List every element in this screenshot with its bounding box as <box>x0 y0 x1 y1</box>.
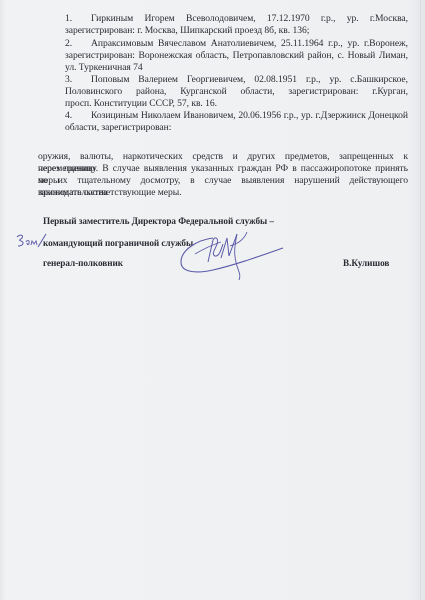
signatory-name: В.Кулишов <box>343 257 389 269</box>
person-4-line-2: области, зарегистрирован: <box>65 122 171 134</box>
signatory-title-line-2: командующий пограничной службы <box>43 237 193 249</box>
person-2-line-3: ул. Туркеничная 74 <box>65 62 143 74</box>
person-3-line-2: Половинского района, Курганской области,… <box>65 86 408 98</box>
handwritten-note-icon <box>14 232 48 250</box>
person-1-line-1: 1.Гиркиным Игорем Всеволодовичем, 17.12.… <box>65 13 408 25</box>
scanned-page: 1.Гиркиным Игорем Всеволодовичем, 17.12.… <box>0 0 425 600</box>
paragraph-line-4: принимать соответствующие меры. <box>38 187 182 199</box>
person-2-line-2: зарегистрирован: Воронежская область, Пе… <box>65 50 408 62</box>
person-3-line-3: просп. Конституции СССР, 57, кв. 16. <box>65 98 217 110</box>
signatory-rank: генерал-полковник <box>43 257 123 269</box>
person-3-line-1: 3.Поповым Валерием Георгиевичем, 02.08.1… <box>65 74 408 86</box>
person-1-line-2: зарегистрирован: г. Москва, Шипкарский п… <box>65 25 309 37</box>
person-4-line-1: 4.Козициным Николаем Ивановичем, 20.06.1… <box>65 110 408 122</box>
page-edge <box>420 0 421 600</box>
signature-icon <box>175 226 285 282</box>
person-2-line-1: 2.Апраксимовым Вячеславом Анатолиевичем,… <box>65 38 408 50</box>
